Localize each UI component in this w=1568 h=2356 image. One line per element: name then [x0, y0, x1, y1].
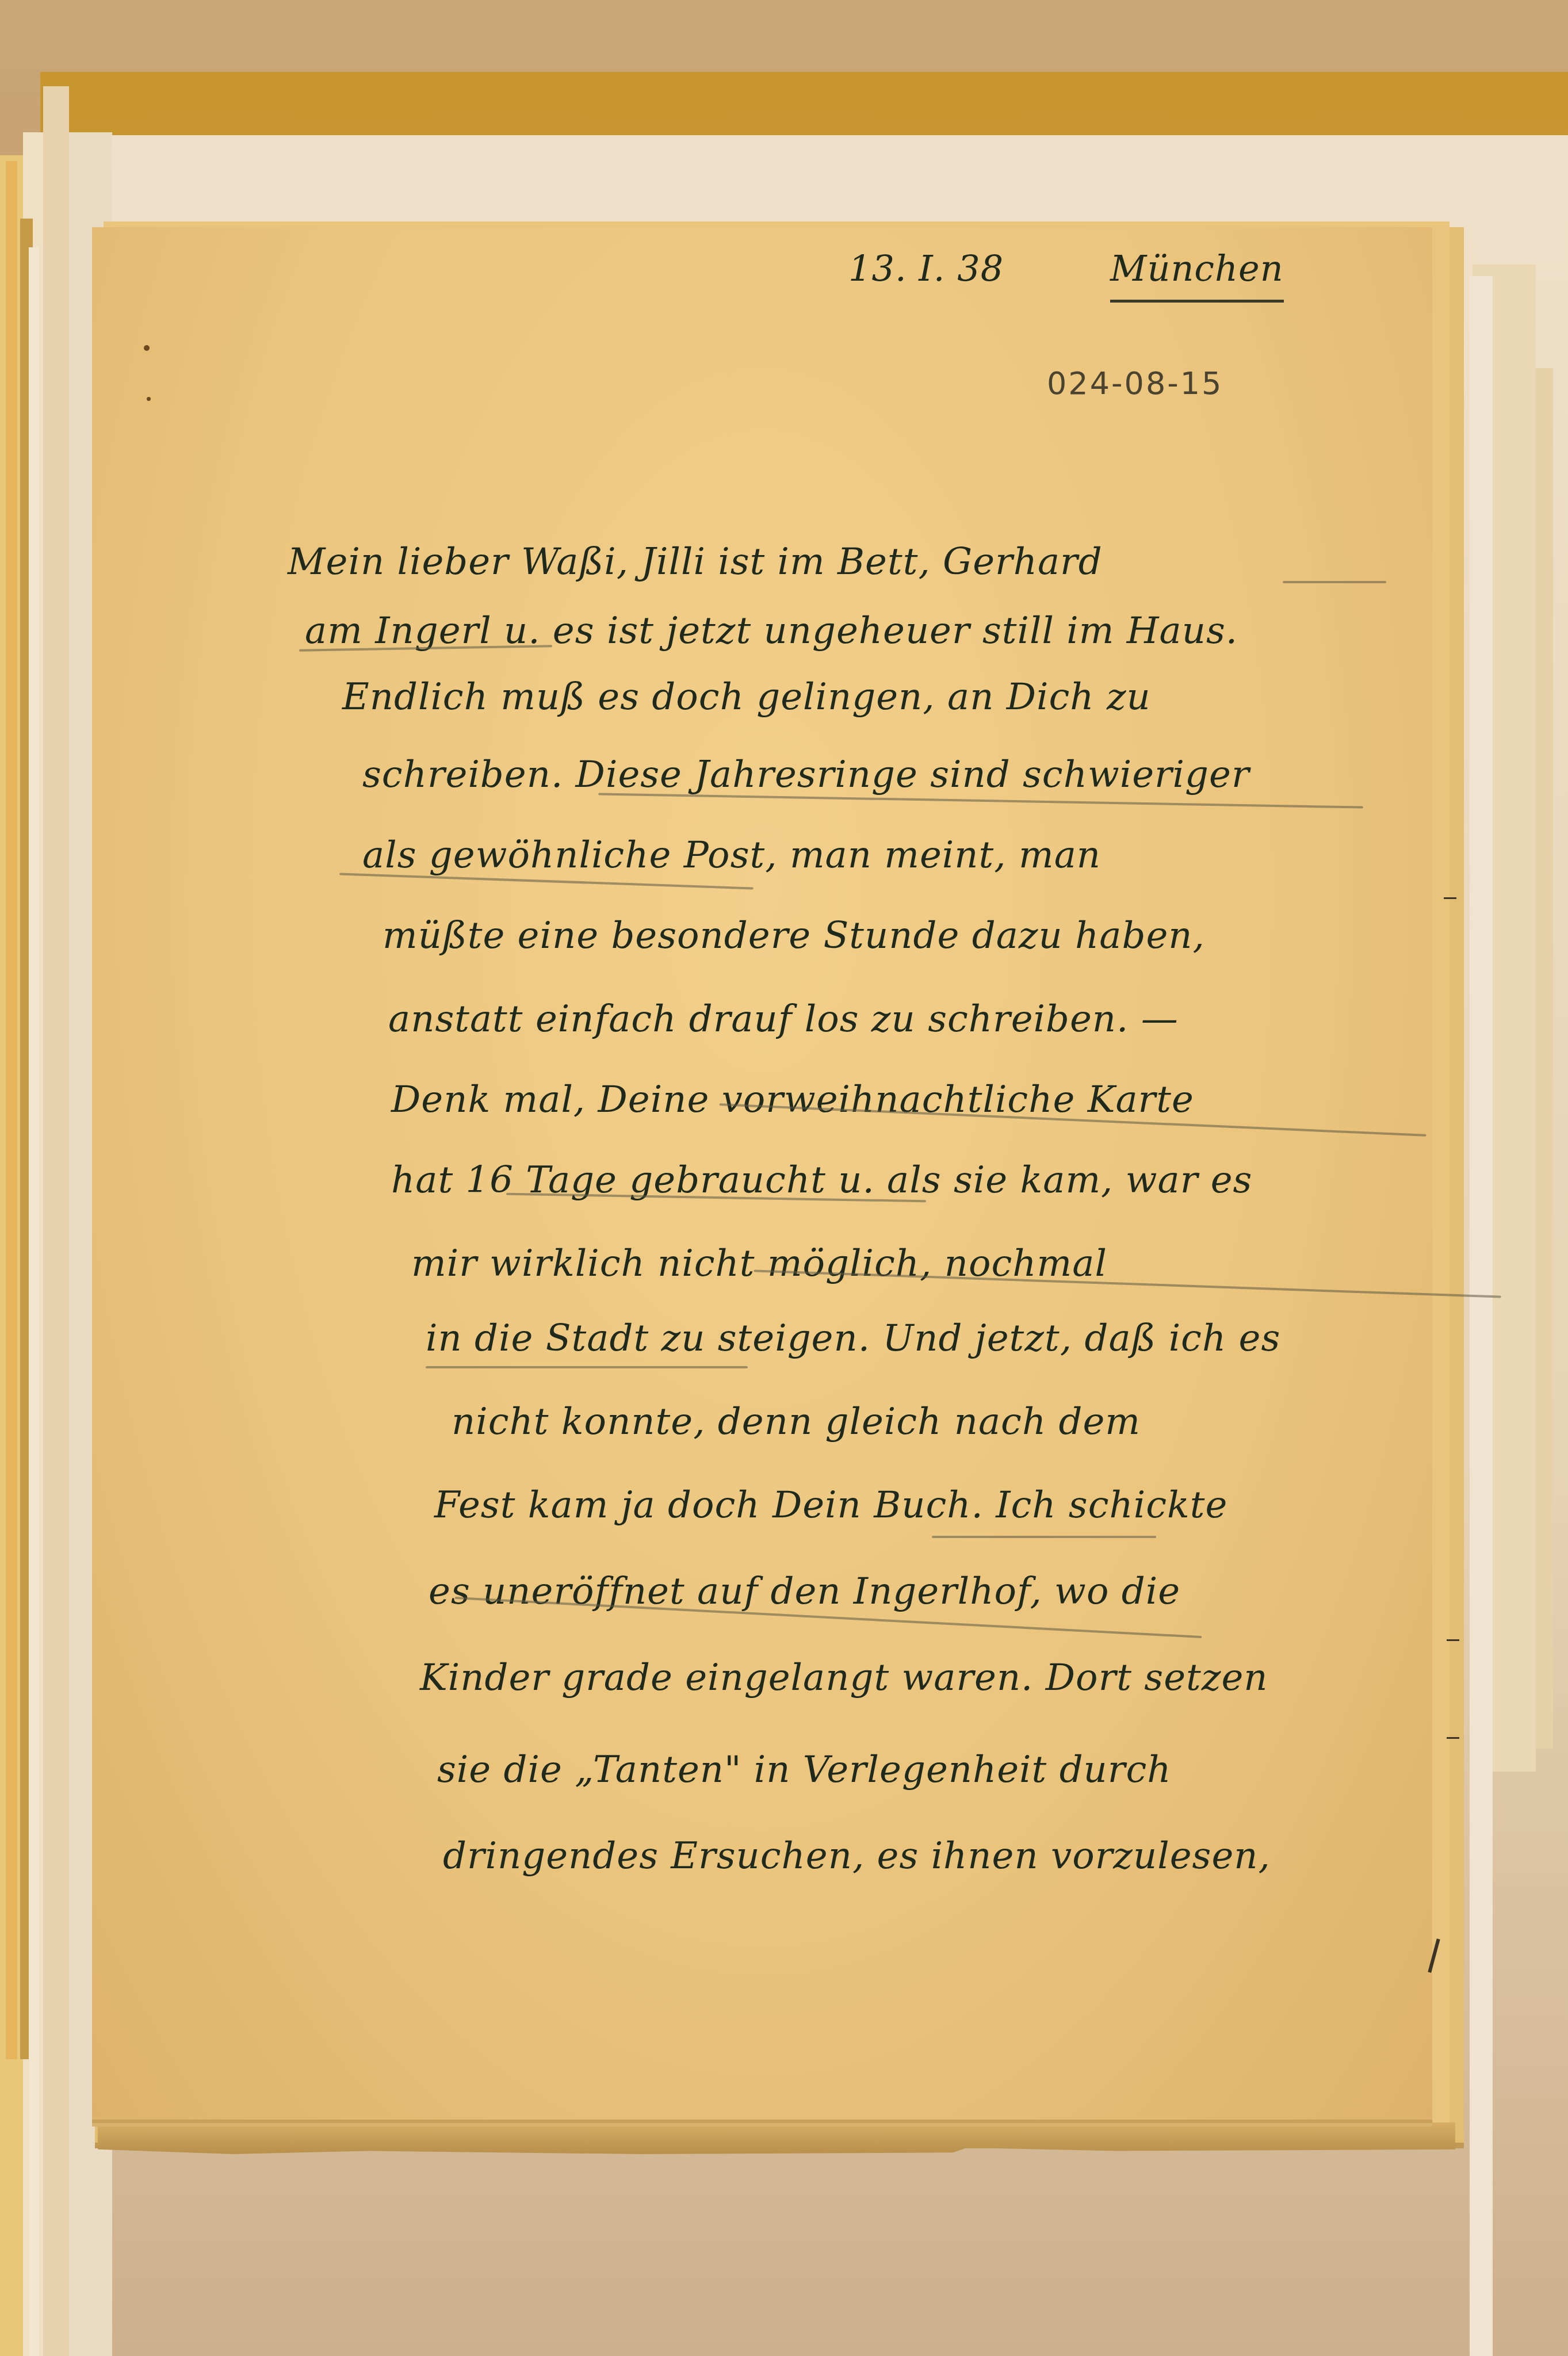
letter-date: 13. I. 38	[848, 247, 1004, 289]
stack-sheet	[6, 161, 17, 2059]
margin-tick	[1447, 1639, 1459, 1641]
letter-line: sie die „Tanten" in Verlegenheit durch	[437, 1749, 1171, 1791]
margin-tick	[1447, 1737, 1459, 1739]
pencil-underline	[426, 1366, 748, 1368]
stack-sheet	[43, 86, 69, 2356]
letter-line: nicht konnte, denn gleich nach dem	[452, 1401, 1141, 1443]
letter-line: Endlich muß es doch gelingen, an Dich zu	[342, 676, 1151, 718]
letter-line: Fest kam ja doch Dein Buch. Ich schickte	[434, 1484, 1227, 1527]
letter-line: am Ingerl u. es ist jetzt ungeheuer stil…	[305, 610, 1238, 652]
letter-line: schreiben. Diese Jahresringe sind schwie…	[362, 754, 1250, 796]
pencil-underline	[1283, 581, 1386, 583]
letter-line: Mein lieber Waßi, Jilli ist im Bett, Ger…	[288, 541, 1103, 583]
paper-spot	[144, 345, 150, 351]
letter-line: müßte eine besondere Stunde dazu haben,	[383, 915, 1205, 957]
letter-place: München	[1110, 247, 1284, 303]
letter-line: Denk mal, Deine vorweihnachtliche Karte	[391, 1078, 1194, 1121]
letter-line: dringendes Ersuchen, es ihnen vorzulesen…	[443, 1835, 1271, 1877]
letter-line: es uneröffnet auf den Ingerlhof, wo die	[429, 1570, 1180, 1613]
letter-line: anstatt einfach drauf los zu schreiben. …	[388, 998, 1179, 1041]
letter-line: Kinder grade eingelangt waren. Dort setz…	[420, 1657, 1268, 1699]
stack-sheet	[29, 247, 39, 2356]
right-white-strip	[1470, 276, 1493, 2356]
letter-line: als gewöhnliche Post, man meint, man	[362, 834, 1101, 877]
archive-number: 024-08-15	[1047, 365, 1223, 401]
torn-bottom-edge	[98, 2122, 1455, 2154]
letter-line: in die Stadt zu steigen. Und jetzt, daß …	[426, 1317, 1280, 1360]
margin-tick	[1444, 897, 1456, 899]
paper-spot	[147, 397, 151, 401]
pencil-underline	[932, 1536, 1156, 1538]
